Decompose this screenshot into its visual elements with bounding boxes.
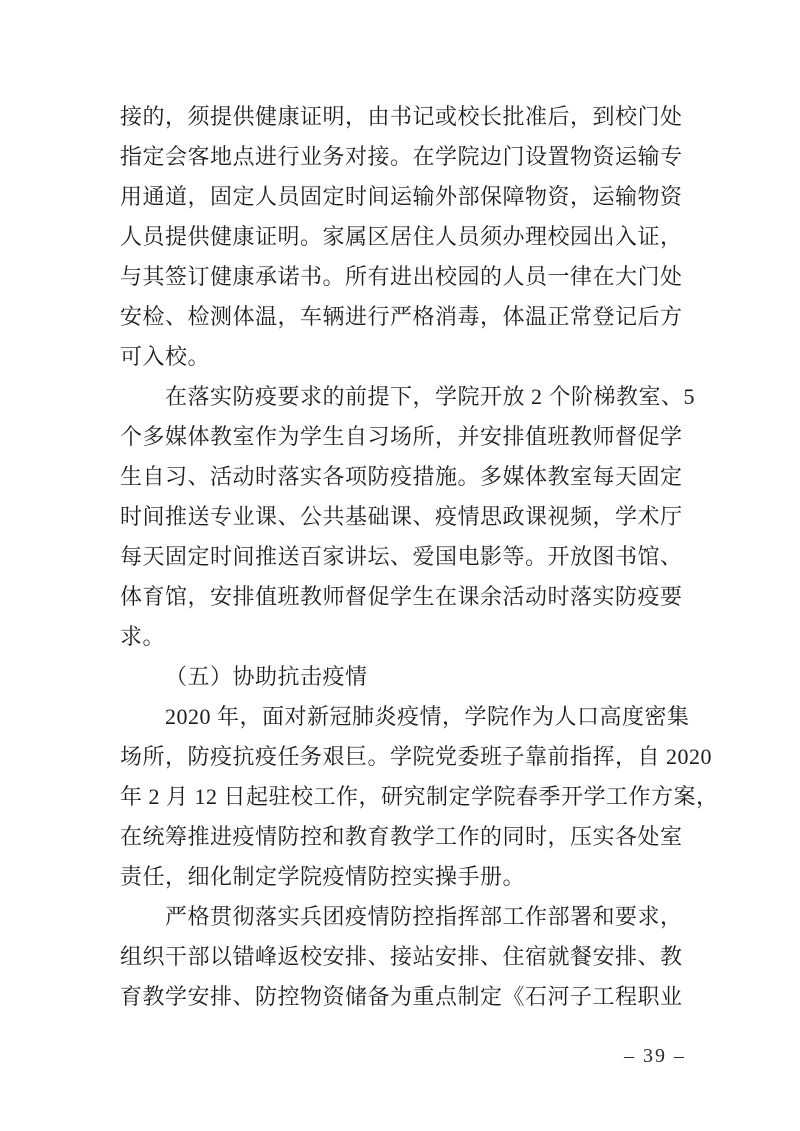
text-line: （五）协助抗击疫情 xyxy=(120,657,686,697)
text-line: 责任，细化制定学院疫情防控实操手册。 xyxy=(120,857,686,897)
text-line: 人员提供健康证明。家属区居住人员须办理校园出入证， xyxy=(120,217,686,257)
text-line: 时间推送专业课、公共基础课、疫情思政课视频，学术厅 xyxy=(120,497,686,537)
paragraph: 严格贯彻落实兵团疫情防控指挥部工作部署和要求，组织干部以错峰返校安排、接站安排、… xyxy=(120,897,686,1017)
text-line: 2020 年，面对新冠肺炎疫情，学院作为人口高度密集 xyxy=(120,697,686,737)
text-line: 接的，须提供健康证明，由书记或校长批准后，到校门处 xyxy=(120,97,686,137)
text-line: 体育馆，安排值班教师督促学生在课余活动时落实防疫要 xyxy=(120,577,686,617)
text-line: 年 2 月 12 日起驻校工作，研究制定学院春季开学工作方案， xyxy=(120,777,686,817)
text-line: 用通道，固定人员固定时间运输外部保障物资，运输物资 xyxy=(120,177,686,217)
text-line: 在落实防疫要求的前提下，学院开放 2 个阶梯教室、5 xyxy=(120,377,686,417)
text-line: 每天固定时间推送百家讲坛、爱国电影等。开放图书馆、 xyxy=(120,537,686,577)
text-line: 组织干部以错峰返校安排、接站安排、住宿就餐安排、教 xyxy=(120,937,686,977)
document-page: 接的，须提供健康证明，由书记或校长批准后，到校门处指定会客地点进行业务对接。在学… xyxy=(0,0,800,1131)
paragraph: 接的，须提供健康证明，由书记或校长批准后，到校门处指定会客地点进行业务对接。在学… xyxy=(120,97,686,377)
text-line: 与其签订健康承诺书。所有进出校园的人员一律在大门处 xyxy=(120,257,686,297)
text-line: 在统筹推进疫情防控和教育教学工作的同时，压实各处室 xyxy=(120,817,686,857)
paragraph: 2020 年，面对新冠肺炎疫情，学院作为人口高度密集场所，防疫抗疫任务艰巨。学院… xyxy=(120,697,686,897)
document-body: 接的，须提供健康证明，由书记或校长批准后，到校门处指定会客地点进行业务对接。在学… xyxy=(120,97,686,1017)
section-heading: （五）协助抗击疫情 xyxy=(120,657,686,697)
text-line: 可入校。 xyxy=(120,337,686,377)
text-line: 严格贯彻落实兵团疫情防控指挥部工作部署和要求， xyxy=(120,897,686,937)
paragraph: 在落实防疫要求的前提下，学院开放 2 个阶梯教室、5个多媒体教室作为学生自习场所… xyxy=(120,377,686,657)
text-line: 个多媒体教室作为学生自习场所，并安排值班教师督促学 xyxy=(120,417,686,457)
text-line: 生自习、活动时落实各项防疫措施。多媒体教室每天固定 xyxy=(120,457,686,497)
text-line: 指定会客地点进行业务对接。在学院边门设置物资运输专 xyxy=(120,137,686,177)
page-number: – 39 – xyxy=(120,1042,686,1070)
text-line: 场所，防疫抗疫任务艰巨。学院党委班子靠前指挥，自 2020 xyxy=(120,737,686,777)
text-line: 育教学安排、防控物资储备为重点制定《石河子工程职业 xyxy=(120,977,686,1017)
text-line: 求。 xyxy=(120,617,686,657)
text-line: 安检、检测体温，车辆进行严格消毒，体温正常登记后方 xyxy=(120,297,686,337)
